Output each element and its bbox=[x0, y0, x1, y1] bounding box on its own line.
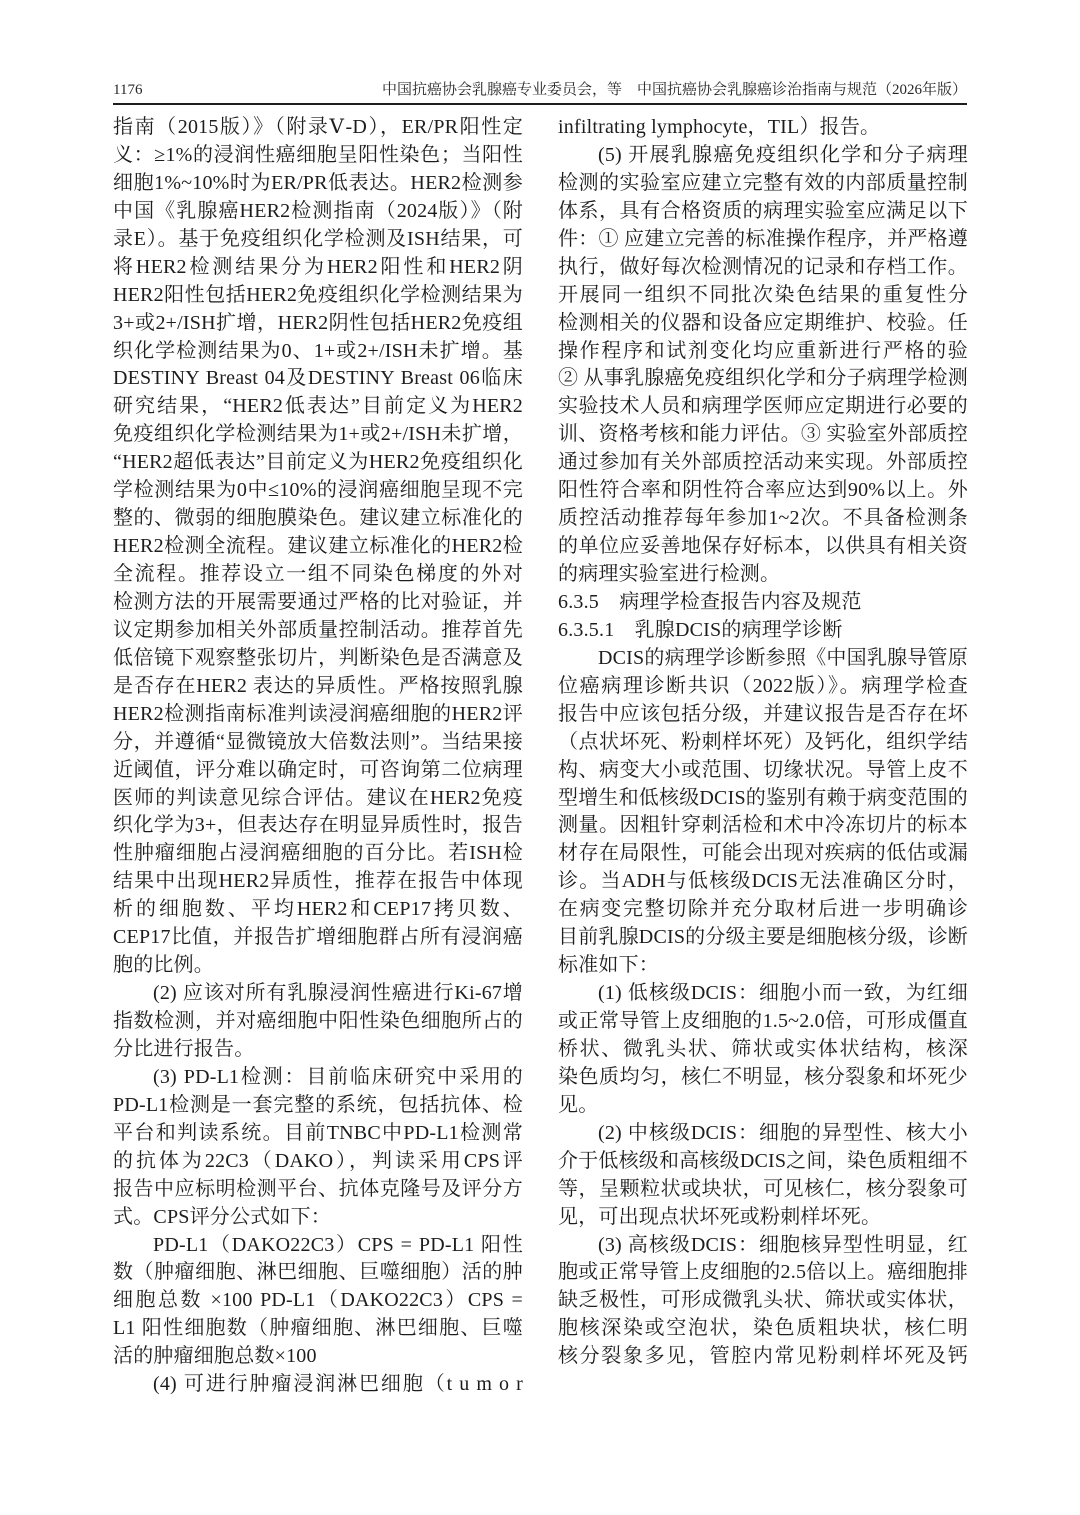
text-line: 目前乳腺DCIS的分级主要是细胞核分级，诊断 bbox=[558, 924, 968, 952]
text-line: DCIS的病理学诊断参照《中国乳腺导管原 bbox=[558, 645, 968, 673]
text-line: (2) 应该对所有乳腺浸润性癌进行Ki-67增殖 bbox=[113, 980, 523, 1008]
text-line: 活的肿瘤细胞总数×100 bbox=[113, 1343, 523, 1371]
text-line: 质控活动推荐每年参加1~2次。不具备检测条件 bbox=[558, 505, 968, 533]
text-line: 低倍镜下观察整张切片，判断染色是否满意及 bbox=[113, 645, 523, 673]
text-line: 标准如下： bbox=[558, 952, 968, 980]
text-line: 见。 bbox=[558, 1092, 968, 1120]
text-line: HER2检测指南标准判读浸润癌细胞的HER2评 bbox=[113, 701, 523, 729]
text-line: 全流程。推荐设立一组不同染色梯度的外对照。 bbox=[113, 561, 523, 589]
text-line: 染色质均匀，核仁不明显，核分裂象和坏死少 bbox=[558, 1064, 968, 1092]
text-line: 核分裂象多见，管腔内常见粉刺样坏死及钙化。 bbox=[558, 1343, 968, 1371]
text-line: 件：① 应建立完善的标准操作程序，并严格遵照 bbox=[558, 226, 968, 254]
text-line: 式。CPS评分公式如下： bbox=[113, 1204, 523, 1232]
text-line: 型增生和低核级DCIS的鉴别有赖于病变范围的 bbox=[558, 785, 968, 813]
text-line: 中国《乳腺癌HER2检测指南（2024版）》（附 bbox=[113, 198, 523, 226]
text-line: (4) 可进行肿瘤浸润淋巴细胞（t u m o r bbox=[113, 1371, 523, 1399]
text-line: 织化学为3+，但表达存在明显异质性时，报告阳 bbox=[113, 812, 523, 840]
text-line: 研究结果，“HER2低表达”目前定义为HER2 bbox=[113, 393, 523, 421]
text-line: 录E）。基于免疫组织化学检测及ISH结果，可 bbox=[113, 226, 523, 254]
text-line: 结果中出现HER2异质性，推荐在报告中体现分 bbox=[113, 868, 523, 896]
text-line: 性肿瘤细胞占浸润癌细胞的百分比。若ISH检测 bbox=[113, 840, 523, 868]
text-line: 构、病变大小或范围、切缘状况。导管上皮不典 bbox=[558, 757, 968, 785]
text-line: 检测方法的开展需要通过严格的比对验证，并建 bbox=[113, 589, 523, 617]
page-header: 1176 中国抗癌协会乳腺癌专业委员会，等 中国抗癌协会乳腺癌诊治指南与规范（2… bbox=[113, 78, 967, 99]
text-line: L1 阳性细胞数（肿瘤细胞、淋巴细胞、巨噬细胞） bbox=[113, 1315, 523, 1343]
text-line: 测量。因粗针穿刺活检和术中冷冻切片的标本取 bbox=[558, 812, 968, 840]
text-line: 通过参加有关外部质控活动来实现。外部质控的 bbox=[558, 449, 968, 477]
text-line: 胞或正常导管上皮细胞的2.5倍以上。癌细胞排列 bbox=[558, 1259, 968, 1287]
text-line: infiltrating lymphocyte，TIL）报告。 bbox=[558, 114, 968, 142]
text-line: 操作程序和试剂变化均应重新进行严格的验证。 bbox=[558, 338, 968, 366]
text-line: 的抗体为22C3（DAKO），判读采用CPS评分。 bbox=[113, 1148, 523, 1176]
text-line: 胞核深染或空泡状，染色质粗块状，核仁明显， bbox=[558, 1315, 968, 1343]
text-line: 学检测结果为0中≤10%的浸润癌细胞呈现不完 bbox=[113, 477, 523, 505]
text-line: 将HER2检测结果分为HER2阳性和HER2阴性。 bbox=[113, 254, 523, 282]
text-line: 数（肿瘤细胞、淋巴细胞、巨噬细胞）活的肿瘤 bbox=[113, 1259, 523, 1287]
header-rule bbox=[113, 103, 967, 105]
text-line: 检测相关的仪器和设备应定期维护、校验。任何 bbox=[558, 310, 968, 338]
text-line: 析的细胞数、平均HER2和CEP17拷贝数、HER2/ bbox=[113, 896, 523, 924]
text-line: HER2检测全流程。建议建立标准化的HER2检测 bbox=[113, 533, 523, 561]
text-line: 3+或2+/ISH扩增，HER2阴性包括HER2免疫组 bbox=[113, 310, 523, 338]
text-line: 的病理实验室进行检测。 bbox=[558, 561, 968, 589]
text-line: 免疫组织化学检测结果为1+或2+/ISH未扩增， bbox=[113, 421, 523, 449]
section-heading: 6.3.5.1 乳腺DCIS的病理学诊断 bbox=[558, 617, 968, 645]
text-line: 胞的比例。 bbox=[113, 952, 523, 980]
text-line: 等，呈颗粒状或块状，可见核仁，核分裂象可 bbox=[558, 1176, 968, 1204]
text-line: ② 从事乳腺癌免疫组织化学和分子病理学检测的 bbox=[558, 365, 968, 393]
text-line: (3) PD-L1检测：目前临床研究中采用的 bbox=[113, 1064, 523, 1092]
text-line: DESTINY Breast 04及DESTINY Breast 06临床 bbox=[113, 365, 523, 393]
text-line: 的单位应妥善地保存好标本，以供具有相关资质 bbox=[558, 533, 968, 561]
text-line: (1) 低核级DCIS：细胞小而一致，为红细胞 bbox=[558, 980, 968, 1008]
text-line: 见，可出现点状坏死或粉刺样坏死。 bbox=[558, 1204, 968, 1232]
text-line: 指数检测，并对癌细胞中阳性染色细胞所占的百 bbox=[113, 1008, 523, 1036]
text-line: 整的、微弱的细胞膜染色。建议建立标准化的 bbox=[113, 505, 523, 533]
page-number: 1176 bbox=[113, 82, 142, 99]
text-line: 桥状、微乳头状、筛状或实体状结构，核深染， bbox=[558, 1036, 968, 1064]
text-line: 检测的实验室应建立完整有效的内部质量控制 bbox=[558, 170, 968, 198]
text-line: 体系，具有合格资质的病理实验室应满足以下条 bbox=[558, 198, 968, 226]
text-line: 细胞1%~10%时为ER/PR低表达。HER2检测参考 bbox=[113, 170, 523, 198]
text-line: 分，并遵循“显微镜放大倍数法则”。当结果接 bbox=[113, 729, 523, 757]
running-title: 中国抗癌协会乳腺癌专业委员会，等 中国抗癌协会乳腺癌诊治指南与规范（2026年版… bbox=[382, 78, 967, 99]
document-page: 1176 中国抗癌协会乳腺癌专业委员会，等 中国抗癌协会乳腺癌诊治指南与规范（2… bbox=[0, 0, 1080, 1515]
text-line: 细胞总数 ×100 PD-L1（DAKO22C3）CPS = PD- bbox=[113, 1287, 523, 1315]
text-line: 执行，做好每次检测情况的记录和存档工作。应 bbox=[558, 254, 968, 282]
text-line: 是否存在HER2 表达的异质性。严格按照乳腺癌 bbox=[113, 673, 523, 701]
text-line: 平台和判读系统。目前TNBC中PD-L1检测常用 bbox=[113, 1120, 523, 1148]
text-line: 医师的判读意见综合评估。建议在HER2免疫组 bbox=[113, 785, 523, 813]
text-line: (5) 开展乳腺癌免疫组织化学和分子病理学 bbox=[558, 142, 968, 170]
text-line: 在病变完整切除并充分取材后进一步明确诊断。 bbox=[558, 896, 968, 924]
text-line: 材存在局限性，可能会出现对疾病的低估或漏 bbox=[558, 840, 968, 868]
text-column-left: 指南（2015版）》（附录Ⅴ-D），ER/PR阳性定义：≥1%的浸润性癌细胞呈阳… bbox=[113, 114, 523, 1399]
text-line: “HER2超低表达”目前定义为HER2免疫组织化 bbox=[113, 449, 523, 477]
text-line: 报告中应标明检测平台、抗体克隆号及评分方 bbox=[113, 1176, 523, 1204]
text-line: (2) 中核级DCIS：细胞的异型性、核大小 bbox=[558, 1120, 968, 1148]
text-line: （点状坏死、粉刺样坏死）及钙化，组织学结 bbox=[558, 729, 968, 757]
text-line: 报告中应该包括分级，并建议报告是否存在坏死 bbox=[558, 701, 968, 729]
text-line: 训、资格考核和能力评估。③ 实验室外部质控可 bbox=[558, 421, 968, 449]
text-line: 议定期参加相关外部质量控制活动。推荐首先在 bbox=[113, 617, 523, 645]
text-line: 近阈值，评分难以确定时，可咨询第二位病理科 bbox=[113, 757, 523, 785]
text-line: PD-L1（DAKO22C3）CPS = PD-L1 阳性细胞 bbox=[113, 1232, 523, 1260]
text-line: 实验技术人员和病理学医师应定期进行必要的培 bbox=[558, 393, 968, 421]
text-line: (3) 高核级DCIS：细胞核异型性明显，红细 bbox=[558, 1232, 968, 1260]
text-line: 义：≥1%的浸润性癌细胞呈阳性染色；当阳性 bbox=[113, 142, 523, 170]
text-line: 诊。当ADH与低核级DCIS无法准确区分时，应 bbox=[558, 868, 968, 896]
text-line: 缺乏极性，可形成微乳头状、筛状或实体状，细 bbox=[558, 1287, 968, 1315]
text-line: 织化学检测结果为0、1+或2+/ISH未扩增。基于 bbox=[113, 338, 523, 366]
text-line: 介于低核级和高核级DCIS之间，染色质粗细不 bbox=[558, 1148, 968, 1176]
text-line: 分比进行报告。 bbox=[113, 1036, 523, 1064]
text-column-right: infiltrating lymphocyte，TIL）报告。(5) 开展乳腺癌… bbox=[558, 114, 968, 1371]
text-line: 位癌病理诊断共识（2022版）》。病理学检查 bbox=[558, 673, 968, 701]
text-line: PD-L1检测是一套完整的系统，包括抗体、检测 bbox=[113, 1092, 523, 1120]
text-line: 开展同一组织不同批次染色结果的重复性分析。 bbox=[558, 282, 968, 310]
text-line: HER2阳性包括HER2免疫组织化学检测结果为 bbox=[113, 282, 523, 310]
section-heading: 6.3.5 病理学检查报告内容及规范 bbox=[558, 589, 968, 617]
text-line: 或正常导管上皮细胞的1.5~2.0倍，可形成僵直搭 bbox=[558, 1008, 968, 1036]
text-line: 指南（2015版）》（附录Ⅴ-D），ER/PR阳性定 bbox=[113, 114, 523, 142]
text-line: 阳性符合率和阴性符合率应达到90%以上。外部 bbox=[558, 477, 968, 505]
text-line: CEP17比值，并报告扩增细胞群占所有浸润癌细 bbox=[113, 924, 523, 952]
